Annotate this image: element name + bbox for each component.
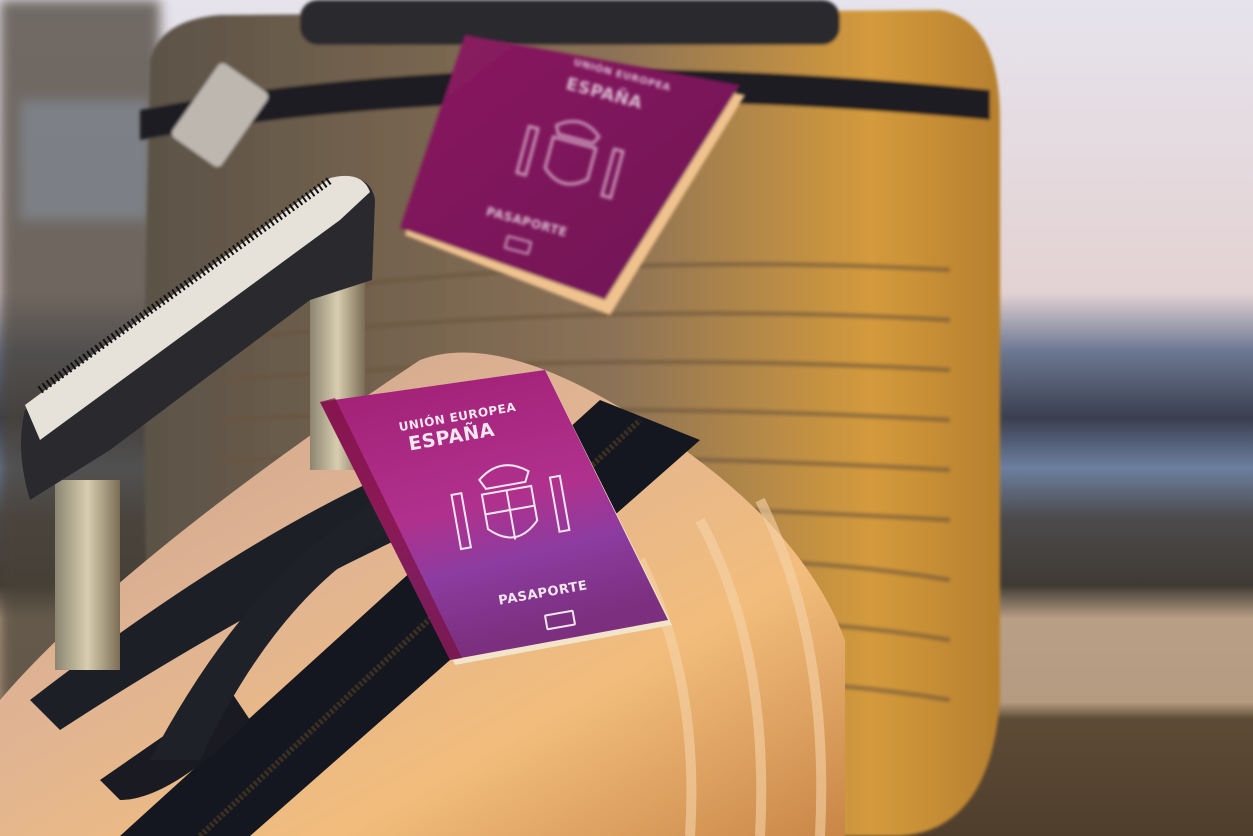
photo-scene: UNIÓN EUROPEA ESPAÑA PASAPORTE UNIÓN EUR… <box>0 0 1253 836</box>
photo-background <box>0 0 1253 836</box>
